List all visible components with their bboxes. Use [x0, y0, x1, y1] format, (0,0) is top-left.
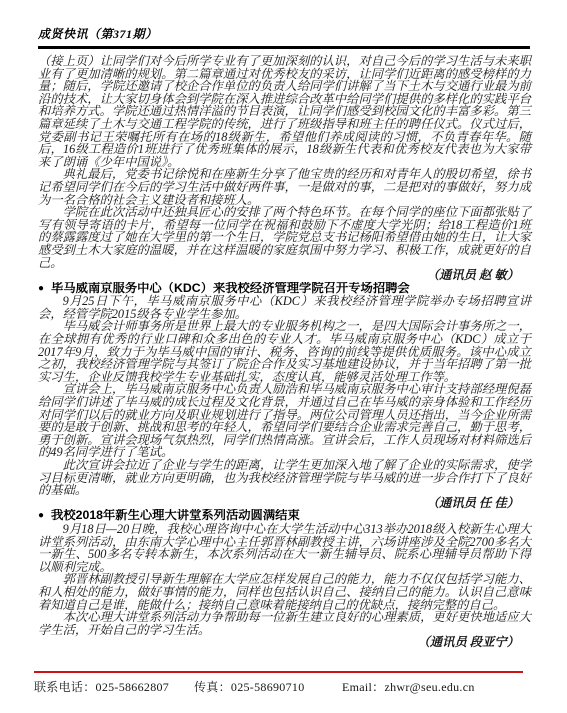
- paragraph: 郭晋林副教授引导新生理解在大学应怎样发展自己的能力，能力不仅仅包括学习能力、和人…: [38, 573, 531, 611]
- contact-info-row: 联系电话：025-58662807 传真：025-58690710 Email：…: [34, 678, 531, 695]
- bullet-icon: ●: [38, 283, 44, 296]
- email-address: zhwr@seu.edu.cn: [384, 680, 474, 694]
- article-title: ●我校2018年新生心理大讲堂系列活动圆满结束: [38, 509, 531, 523]
- article-title-text: 我校2018年新生心理大讲堂系列活动圆满结束: [51, 509, 300, 522]
- paragraph: 9月25日下午，毕马威南京服务中心（KDC）来我校经济管理学院举办专场招聘宣讲会…: [38, 295, 531, 320]
- contact-phone: 联系电话：025-58662807: [34, 678, 194, 695]
- article-title-text: 毕马威南京服务中心（KDC）来我校经济管理学院召开专场招聘会: [51, 282, 410, 295]
- contact-fax: 传真：025-58690710: [194, 678, 342, 695]
- paragraph: 本次心理大讲堂系列活动力争帮助每一位新生建立良好的心理素质，更好更快地适应大学生…: [38, 611, 531, 636]
- paragraph: 宣讲会上，毕马威南京服务中心负责人励浩和毕马威南京服务中心审计支持部经理倪磊给同…: [38, 383, 531, 459]
- paragraph: 学院在此次活动中还独具匠心的安排了两个特色环节。在每个同学的座位下面都张贴了写有…: [38, 206, 531, 269]
- footer-rule: [34, 671, 523, 673]
- newsletter-body: （接上页）让同学们对今后所学专业有了更加深刻的认识，对自己今后的学习生活与未来职…: [38, 55, 531, 649]
- fax-label: 传真：: [194, 680, 231, 694]
- contact-email: Email：zhwr@seu.edu.cn: [342, 678, 475, 695]
- bullet-icon: ●: [38, 510, 44, 523]
- paragraph: 毕马威会计师事务所是世界上最大的专业服务机构之一，是四大国际会计事务所之一，在全…: [38, 320, 531, 383]
- article-title: ●毕马威南京服务中心（KDC）来我校经济管理学院召开专场招聘会: [38, 282, 531, 296]
- correspondent-signature: （通讯员 段亚宁）: [38, 636, 531, 649]
- correspondent-signature: （通讯员 任 佳）: [38, 497, 531, 510]
- phone-label: 联系电话：: [34, 680, 96, 694]
- header-rule: [38, 46, 530, 49]
- phone-number: 025-58662807: [96, 680, 170, 694]
- page-footer: 联系电话：025-58662807 传真：025-58690710 Email：…: [34, 671, 531, 695]
- fax-number: 025-58690710: [231, 680, 305, 694]
- email-label: Email：: [342, 680, 384, 694]
- paragraph: 9月18日—20日晚，我校心理咨询中心在大学生活动中心313举办2018级入校新…: [38, 523, 531, 573]
- newsletter-page: 成贤快讯（第371期） （接上页）让同学们对今后所学专业有了更加深刻的认识，对自…: [0, 0, 567, 713]
- correspondent-signature: （通讯员 赵 敏）: [38, 269, 531, 282]
- masthead-title: 成贤快讯（第371期）: [38, 25, 158, 42]
- paragraph: 典礼最后，党委书记徐悦和在座新生分享了他宝贵的经历和对青年人的殷切希望，徐书记希…: [38, 168, 531, 206]
- paragraph: （接上页）让同学们对今后所学专业有了更加深刻的认识，对自己今后的学习生活与未来职…: [38, 55, 531, 168]
- paragraph: 此次宣讲会拉近了企业与学生的距离，让学生更加深入地了解了企业的实际需求，使学习目…: [38, 459, 531, 497]
